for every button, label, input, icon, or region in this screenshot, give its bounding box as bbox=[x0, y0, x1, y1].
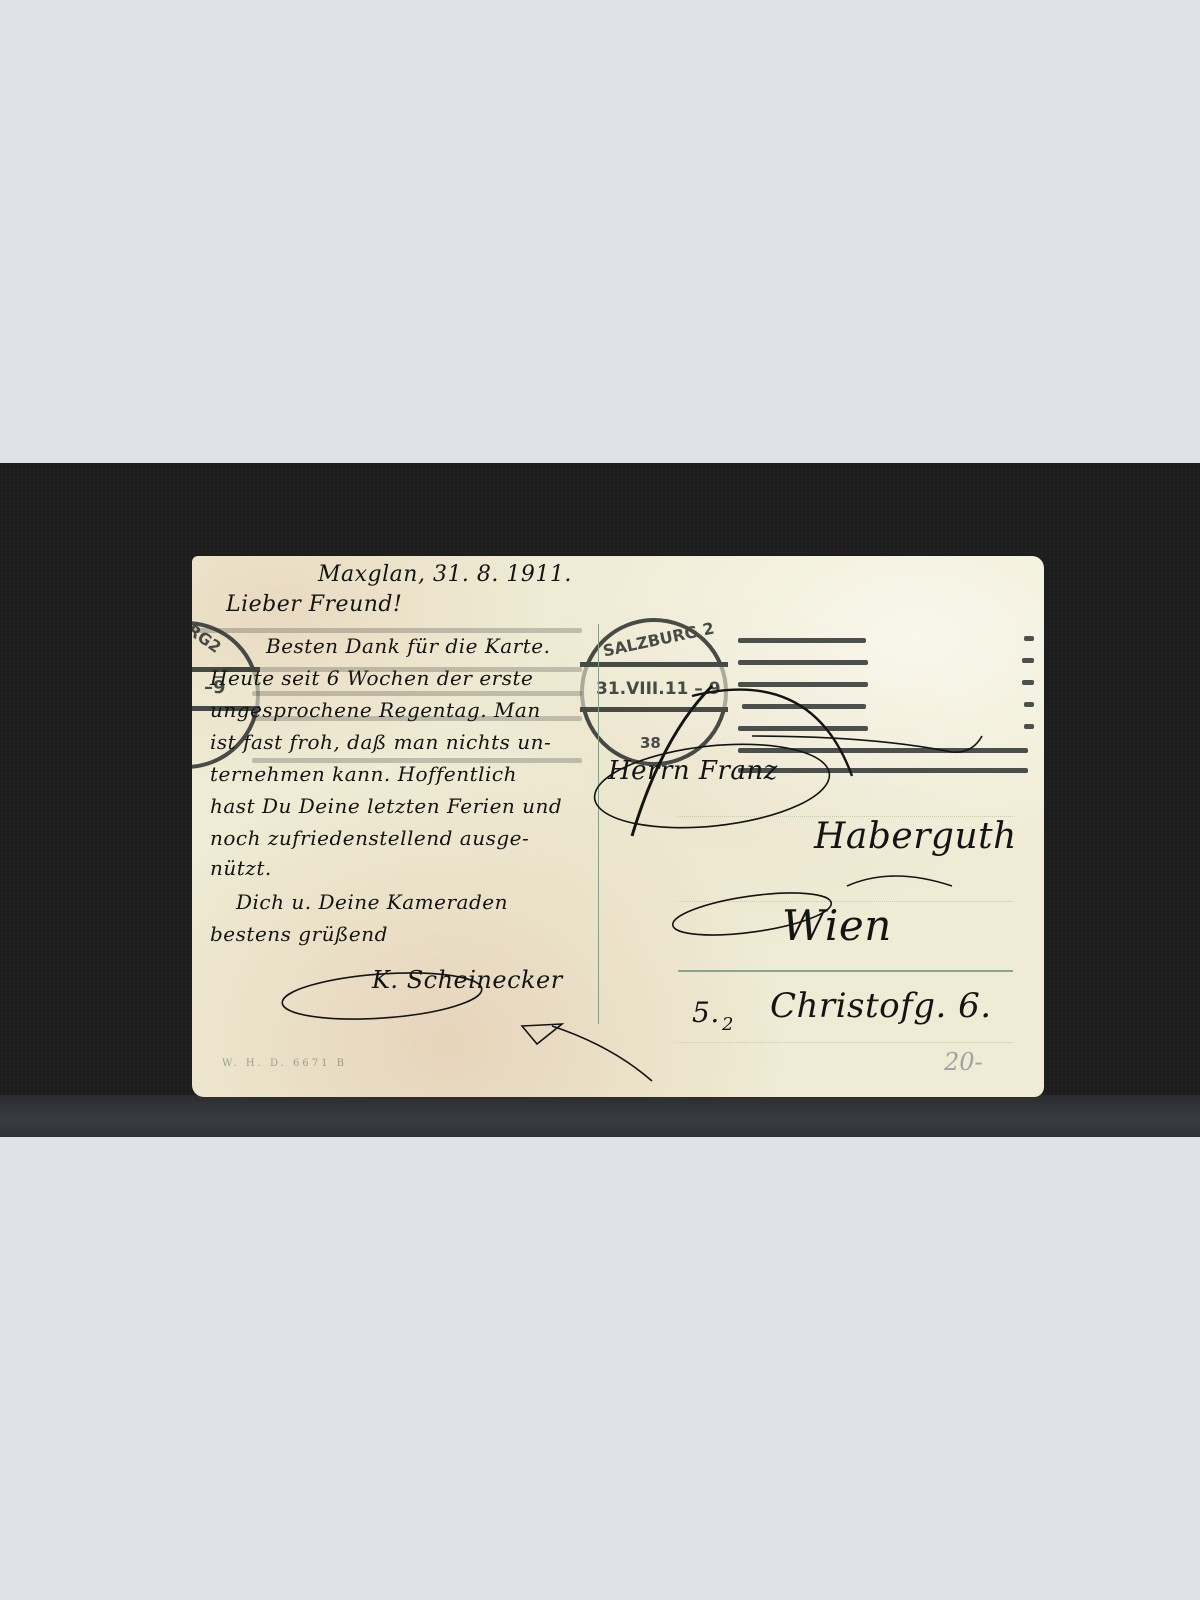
closing-line: bestens grüßend bbox=[210, 922, 388, 946]
message-line: noch zufriedenstellend ausge- bbox=[210, 826, 529, 850]
mount-ledge bbox=[0, 1095, 1200, 1137]
partial-postmark-city: RG2 bbox=[192, 620, 225, 657]
recipient-district-sub: 2 bbox=[722, 1014, 734, 1035]
recipient-street: Christofg. 6. bbox=[770, 986, 992, 1026]
signature: K. Scheinecker bbox=[372, 966, 563, 994]
publisher-imprint: W. H. D. 6671 B bbox=[222, 1058, 347, 1069]
postmark-city: SALZBURG 2 bbox=[601, 618, 716, 660]
address-line bbox=[678, 970, 1013, 973]
message-line: Besten Dank für die Karte. bbox=[266, 634, 550, 658]
closing-line: Dich u. Deine Kameraden bbox=[236, 890, 508, 914]
recipient-title: Herrn Franz bbox=[608, 756, 778, 786]
pencil-price-note: 20- bbox=[944, 1048, 983, 1076]
message-address-divider bbox=[598, 624, 599, 1024]
recipient-city: Wien bbox=[782, 901, 892, 950]
message-line: nützt. bbox=[210, 856, 272, 880]
message-line: ist fast froh, daß man nichts un- bbox=[210, 730, 551, 754]
message-line: ungesprochene Regentag. Man bbox=[210, 698, 541, 722]
message-line: hast Du Deine letzten Ferien und bbox=[210, 794, 562, 818]
postcard: RG2 –9 SALZBURG 2 31.VIII.11 – 9 38 Maxg… bbox=[192, 556, 1044, 1097]
message-line: ternehmen kann. Hoffentlich bbox=[210, 762, 517, 786]
salutation: Lieber Freund! bbox=[226, 592, 402, 617]
postmark-number: 38 bbox=[640, 734, 661, 752]
message-line: Heute seit 6 Wochen der erste bbox=[210, 666, 533, 690]
address-line bbox=[678, 1042, 1013, 1044]
postmark-date: 31.VIII.11 – 9 bbox=[596, 679, 721, 699]
salzburg-postmark: SALZBURG 2 31.VIII.11 – 9 38 bbox=[580, 618, 728, 766]
place-date: Maxglan, 31. 8. 1911. bbox=[318, 562, 572, 587]
recipient-surname: Haberguth bbox=[814, 816, 1017, 857]
recipient-district: 5. bbox=[692, 996, 720, 1029]
